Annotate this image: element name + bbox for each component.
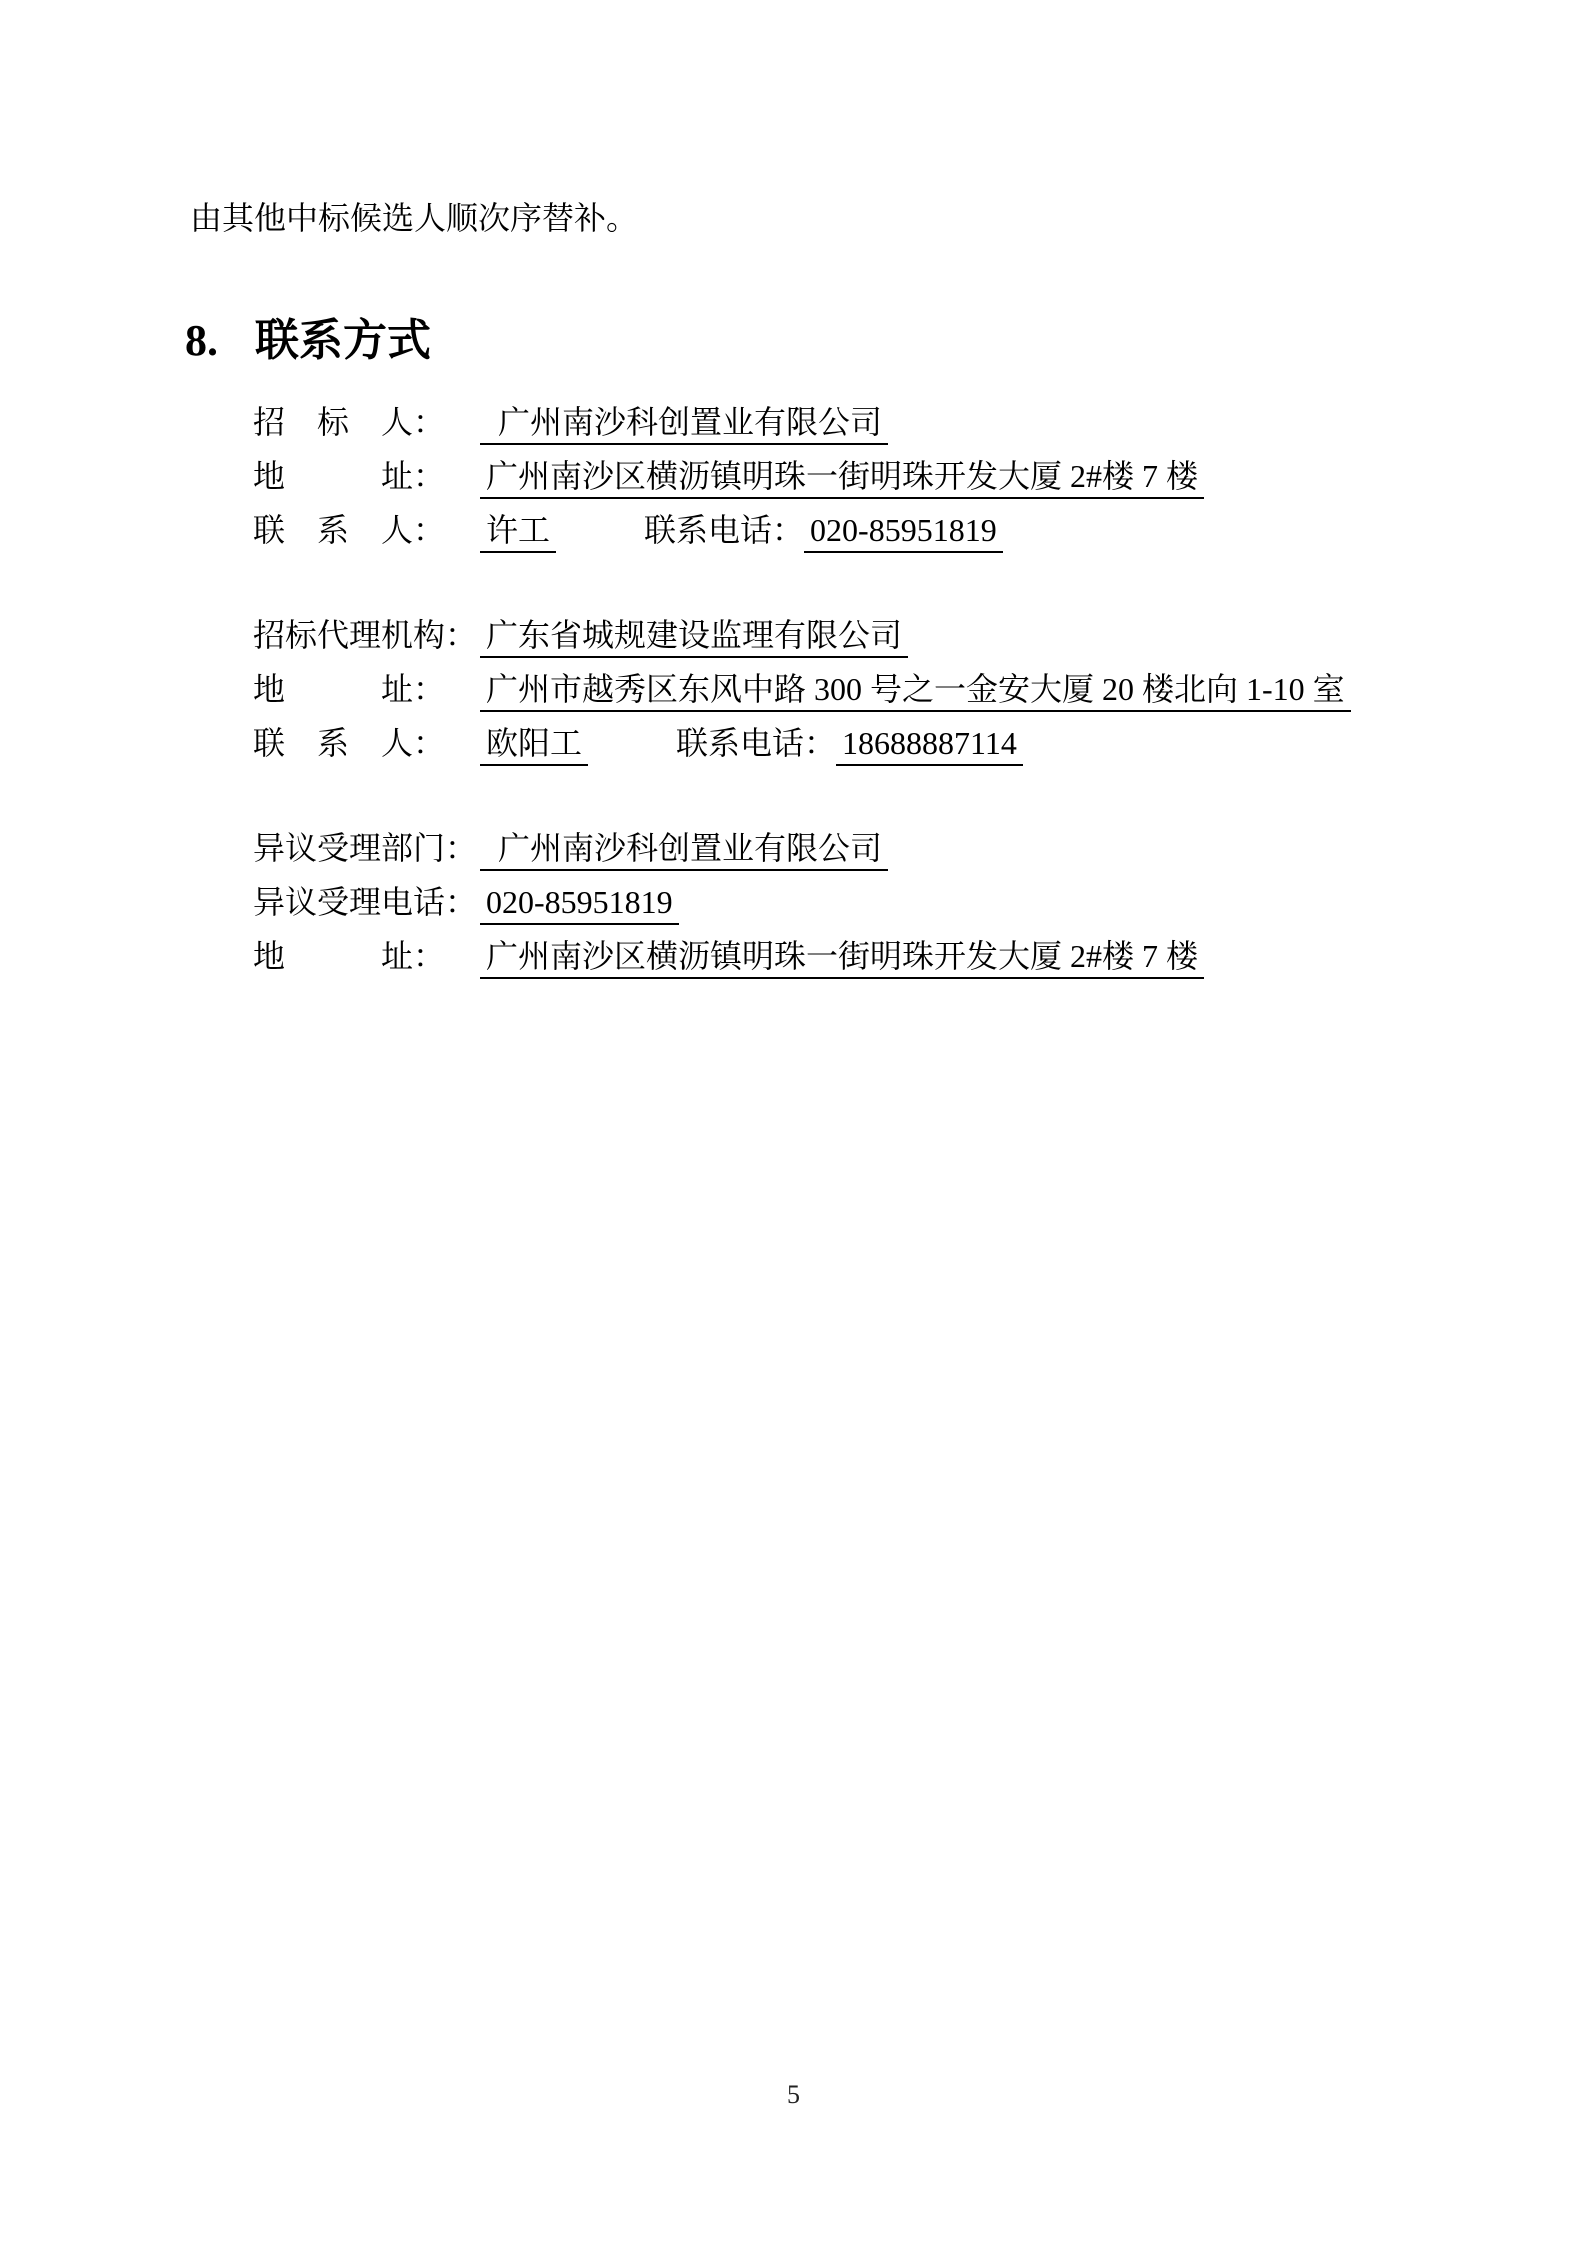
contact-person-value: 欧阳工 xyxy=(480,725,588,766)
contact-label: 招标代理机构： xyxy=(253,613,480,657)
phone-label: 联系电话： xyxy=(676,725,836,761)
agency-block: 招标代理机构：广东省城规建设监理有限公司 地 址：广州市越秀区东风中路 300 … xyxy=(253,613,1351,775)
intro-paragraph: 由其他中标候选人顺次序替补。 xyxy=(190,200,638,236)
contact-row: 地 址：广州南沙区横沥镇明珠一街明珠开发大厦 2#楼 7 楼 xyxy=(253,934,1351,988)
contact-value: 广州南沙科创置业有限公司 xyxy=(480,830,888,871)
contact-label: 招 标 人： xyxy=(253,400,480,444)
contact-value: 广州南沙区横沥镇明珠一街明珠开发大厦 2#楼 7 楼 xyxy=(480,938,1204,979)
contact-label: 地 址： xyxy=(253,934,480,978)
contact-row: 异议受理部门：广州南沙科创置业有限公司 xyxy=(253,826,1351,880)
document-page: 由其他中标候选人顺次序替补。 8.联系方式 招 标 人：广州南沙科创置业有限公司… xyxy=(0,0,1587,2245)
contact-row: 地 址：广州南沙区横沥镇明珠一街明珠开发大厦 2#楼 7 楼 xyxy=(253,454,1351,508)
contact-section: 招 标 人：广州南沙科创置业有限公司 地 址：广州南沙区横沥镇明珠一街明珠开发大… xyxy=(253,400,1351,1039)
page-number: 5 xyxy=(0,2080,1587,2110)
contact-row: 招标代理机构：广东省城规建设监理有限公司 xyxy=(253,613,1351,667)
contact-row: 联 系 人：许工联系电话：020-85951819 xyxy=(253,508,1351,562)
contact-label: 异议受理电话： xyxy=(253,880,480,924)
contact-label: 地 址： xyxy=(253,454,480,498)
contact-value: 广州南沙科创置业有限公司 xyxy=(480,404,888,445)
contact-row: 地 址：广州市越秀区东风中路 300 号之一金安大厦 20 楼北向 1-10 室 xyxy=(253,667,1351,721)
contact-value: 广州市越秀区东风中路 300 号之一金安大厦 20 楼北向 1-10 室 xyxy=(480,671,1351,712)
objection-block: 异议受理部门：广州南沙科创置业有限公司 异议受理电话：020-85951819 … xyxy=(253,826,1351,988)
section-title: 联系方式 xyxy=(255,316,431,365)
contact-label: 异议受理部门： xyxy=(253,826,480,870)
section-heading: 8.联系方式 xyxy=(185,316,431,366)
phone-value: 020-85951819 xyxy=(480,884,679,925)
contact-row: 异议受理电话：020-85951819 xyxy=(253,880,1351,934)
contact-label: 联 系 人： xyxy=(253,721,480,765)
phone-value: 18688887114 xyxy=(836,725,1023,766)
contact-row: 联 系 人：欧阳工联系电话：18688887114 xyxy=(253,721,1351,775)
contact-value: 广州南沙区横沥镇明珠一街明珠开发大厦 2#楼 7 楼 xyxy=(480,458,1204,499)
contact-label: 联 系 人： xyxy=(253,508,480,552)
tenderer-block: 招 标 人：广州南沙科创置业有限公司 地 址：广州南沙区横沥镇明珠一街明珠开发大… xyxy=(253,400,1351,562)
contact-value: 广东省城规建设监理有限公司 xyxy=(480,617,908,658)
phone-value: 020-85951819 xyxy=(804,512,1003,553)
section-number: 8. xyxy=(185,316,255,366)
contact-row: 招 标 人：广州南沙科创置业有限公司 xyxy=(253,400,1351,454)
phone-label: 联系电话： xyxy=(644,512,804,548)
contact-person-value: 许工 xyxy=(480,512,556,553)
contact-label: 地 址： xyxy=(253,667,480,711)
